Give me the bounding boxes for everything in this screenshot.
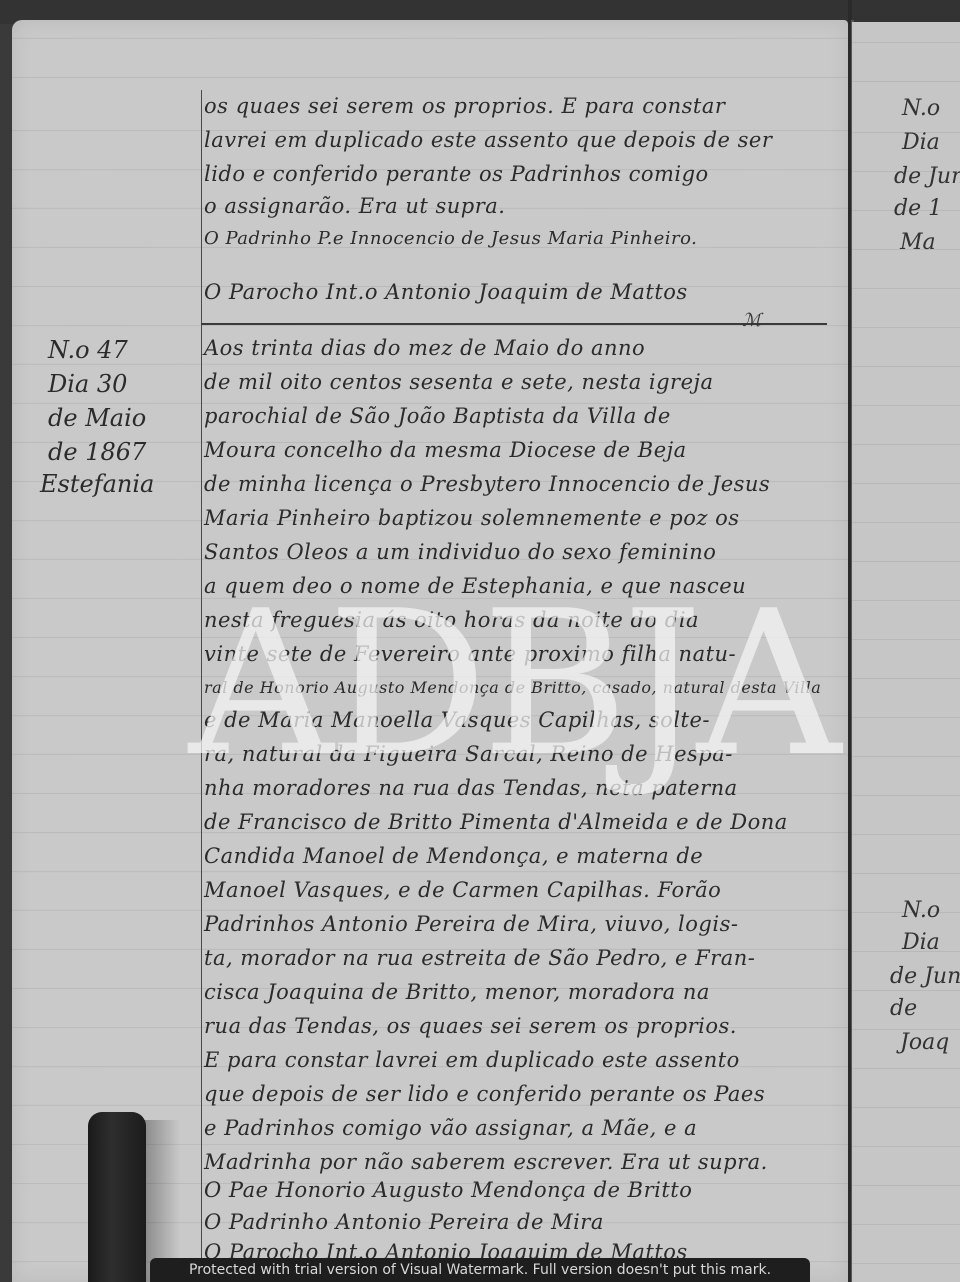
entry-line: Manoel Vasques, e de Carmen Capilhas. Fo… <box>204 880 721 901</box>
entry-line: ta, morador na rua estreita de São Pedro… <box>204 948 755 969</box>
right-note-line: N.o <box>902 98 940 120</box>
prev-entry-line: lido e conferido perante os Padrinhos co… <box>204 164 709 185</box>
right-note-line: de <box>890 998 917 1020</box>
entry-line: Candida Manoel de Mendonça, e materna de <box>204 846 703 867</box>
entry-divider <box>201 323 827 325</box>
right-note-line: Dia <box>902 932 940 954</box>
signature-flourish: ℳ <box>742 310 761 331</box>
entry-year: de 1867 <box>48 440 146 464</box>
register-page-left: os quaes sei serem os proprios. E para c… <box>12 20 848 1282</box>
trial-watermark-banner: Protected with trial version of Visual W… <box>150 1258 810 1282</box>
entry-line: que depois de ser lido e conferido peran… <box>204 1084 765 1105</box>
entry-line: de minha licença o Presbytero Innocencio… <box>204 474 770 495</box>
entry-line: Santos Oleos a um individuo do sexo femi… <box>204 542 716 563</box>
right-note-line: Ma <box>900 232 936 254</box>
entry-number: N.o 47 <box>48 338 128 362</box>
signature-padrinho: O Padrinho Antonio Pereira de Mira <box>204 1212 604 1233</box>
prev-signature-padrinho: O Padrinho P.e Innocencio de Jesus Maria… <box>204 230 697 248</box>
prev-entry-line: o assignarão. Era ut supra. <box>204 196 505 217</box>
entry-line: Aos trinta dias do mez de Maio do anno <box>204 338 645 359</box>
entry-line: Maria Pinheiro baptizou solemnemente e p… <box>204 508 740 529</box>
entry-line: parochial de São João Baptista da Villa … <box>204 406 671 427</box>
entry-line: rua das Tendas, os quaes sei serem os pr… <box>204 1016 737 1037</box>
entry-line: Madrinha por não saberem escrever. Era u… <box>204 1152 768 1173</box>
entry-month: de Maio <box>48 406 146 430</box>
signature-pae: O Pae Honorio Augusto Mendonça de Britto <box>204 1180 692 1201</box>
entry-line: de mil oito centos sesenta e sete, nesta… <box>204 372 714 393</box>
prev-signature-parocho: O Parocho Int.o Antonio Joaquim de Matto… <box>204 282 688 303</box>
entry-line: Padrinhos Antonio Pereira de Mira, viuvo… <box>204 914 738 935</box>
entry-baptized-name: Estefania <box>40 472 154 496</box>
entry-day: Dia 30 <box>48 372 127 396</box>
entry-line: E para constar lavrei em duplicado este … <box>204 1050 740 1071</box>
right-note-line: de Jun <box>890 966 960 988</box>
right-note-line: de Jun <box>894 166 960 188</box>
right-note-line: N.o <box>902 900 940 922</box>
prev-entry-line: lavrei em duplicado este assento que dep… <box>204 130 772 151</box>
prev-entry-line: os quaes sei serem os proprios. E para c… <box>204 96 725 117</box>
binding-tab <box>88 1112 146 1282</box>
right-note-line: Joaq <box>900 1032 949 1054</box>
register-page-right: N.o Dia de Jun de 1 Ma N.o Dia de Jun de… <box>852 22 960 1282</box>
entry-line: de Francisco de Britto Pimenta d'Almeida… <box>204 812 788 833</box>
entry-line: cisca Joaquina de Britto, menor, morador… <box>204 982 710 1003</box>
watermark-text: ADBJA <box>152 585 848 785</box>
right-note-line: Dia <box>902 132 940 154</box>
entry-line: e Padrinhos comigo vão assignar, a Mãe, … <box>204 1118 697 1139</box>
right-note-line: de 1 <box>894 198 942 220</box>
entry-line: Moura concelho da mesma Diocese de Beja <box>204 440 687 461</box>
